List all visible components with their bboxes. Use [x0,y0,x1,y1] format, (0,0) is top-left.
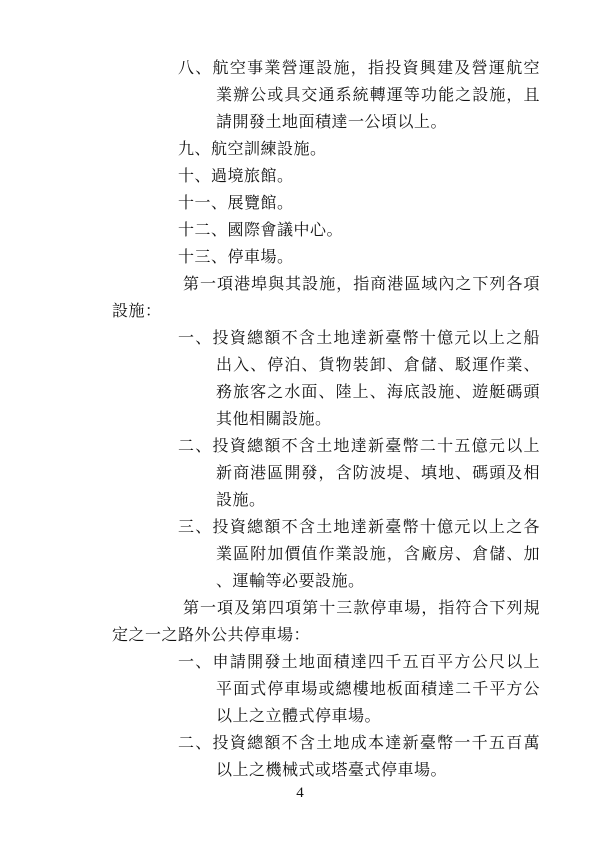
doc-line: 第一項及第四項第十三款停車場，指符合下列規 [112,595,540,622]
doc-line: 定之一之路外公共停車場： [112,622,540,649]
doc-line: 十二、國際會議中心。 [112,217,540,244]
doc-line: 二、投資總額不含土地達新臺幣二十五億元以上之 [112,433,540,460]
doc-line: 第一項港埠與其設施，指商港區域內之下列各項 [112,271,540,298]
doc-line: 以上之立體式停車場。 [112,703,540,730]
doc-line: 一、投資總額不含土地達新臺幣十億元以上之船舶 [112,325,540,352]
doc-line: 三、投資總額不含土地達新臺幣十億元以上之各專 [112,514,540,541]
doc-line: 二、投資總額不含土地成本達新臺幣一千五百萬元 [112,730,540,757]
doc-line: 、運輸等必要設施。 [112,568,540,595]
doc-line: 新商港區開發，含防波堤、填地、碼頭及相關 [112,460,540,487]
document-body: 八、航空事業營運設施，指投資興建及營運航空事 業辦公或具交通系統轉運等功能之設施… [112,55,540,784]
doc-line: 平面式停車場或總樓地板面積達二千平方公尺 [112,676,540,703]
doc-line: 出入、停泊、貨物裝卸、倉儲、駁運作業、服 [112,352,540,379]
document-page: 八、航空事業營運設施，指投資興建及營運航空事 業辦公或具交通系統轉運等功能之設施… [0,0,600,848]
doc-line: 設施。 [112,487,540,514]
doc-line: 設施： [112,298,540,325]
page-number: 4 [0,783,600,803]
doc-line: 八、航空事業營運設施，指投資興建及營運航空事 [112,55,540,82]
doc-line: 請開發土地面積達一公頃以上。 [112,109,540,136]
doc-line: 其他相關設施。 [112,406,540,433]
doc-line: 務旅客之水面、陸上、海底設施、遊艇碼頭及 [112,379,540,406]
doc-line: 以上之機械式或塔臺式停車場。 [112,757,540,784]
doc-line: 業區附加價值作業設施，含廠房、倉儲、加工 [112,541,540,568]
doc-line: 十一、展覽館。 [112,190,540,217]
doc-line: 九、航空訓練設施。 [112,136,540,163]
doc-line: 十三、停車場。 [112,244,540,271]
doc-line: 業辦公或具交通系統轉運等功能之設施，且申 [112,82,540,109]
doc-line: 一、申請開發土地面積達四千五百平方公尺以上之 [112,649,540,676]
doc-line: 十、過境旅館。 [112,163,540,190]
